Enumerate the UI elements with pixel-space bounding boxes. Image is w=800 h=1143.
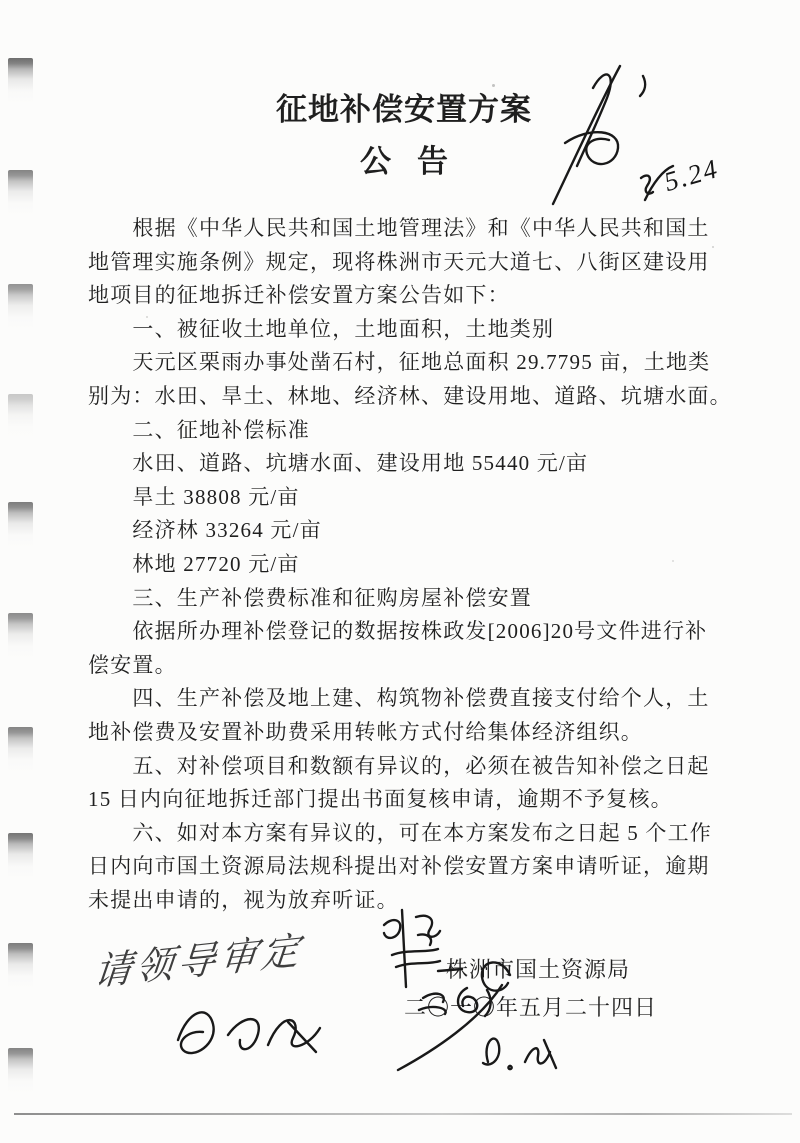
body-line: 一、被征收土地单位，土地面积，土地类别 [88, 313, 736, 347]
body-line: 林地 27720 元/亩 [88, 548, 736, 582]
subtitle-char-gao: 告 [417, 136, 448, 181]
paper-edge-scan-line [14, 1113, 792, 1115]
binder-hole-mark [8, 58, 33, 104]
binder-hole-mark [8, 1048, 33, 1094]
binder-hole-mark [8, 502, 33, 548]
body-line: 四、生产补偿及地上建、构筑物补偿费直接支付给个人，土 [88, 682, 736, 716]
handwritten-approval-note: 请领导审定 [92, 919, 307, 997]
binder-hole-mark [8, 943, 33, 989]
body-line: 根据《中华人民共和国土地管理法》和《中华人民共和国土 [88, 212, 736, 246]
handwritten-overwrite-on-date [415, 980, 505, 1025]
binder-hole-mark [8, 613, 33, 659]
body-line: 地项目的征地拆迁补偿安置方案公告如下： [88, 279, 736, 313]
body-line: 地管理实施条例》规定，现将株洲市天元大道七、八街区建设用 [88, 246, 736, 280]
body-line: 天元区栗雨办事处凿石村，征地总面积 29.7795 亩，土地类 [88, 346, 736, 380]
body-line: 六、如对本方案有异议的，可在本方案发布之日起 5 个工作 [88, 817, 736, 851]
document-body: 根据《中华人民共和国土地管理法》和《中华人民共和国土 地管理实施条例》规定，现将… [88, 212, 736, 917]
body-line: 旱土 38808 元/亩 [88, 481, 736, 515]
handwritten-signer-signature [168, 990, 338, 1068]
body-line: 经济林 33264 元/亩 [88, 514, 736, 548]
body-line: 15 日内向征地拆迁部门提出书面复核申请，逾期不予复核。 [88, 783, 736, 817]
body-line: 二、征地补偿标准 [88, 414, 736, 448]
body-line: 三、生产补偿费标准和征购房屋补偿安置 [88, 582, 736, 616]
body-line: 日内向市国土资源局法规科提出对补偿安置方案申请听证，逾期 [88, 850, 736, 884]
binder-hole-mark [8, 394, 33, 440]
subtitle-char-gong: 公 [360, 136, 391, 181]
body-line: 偿安置。 [88, 649, 736, 683]
body-line: 五、对补偿项目和数额有异议的，必须在被告知补偿之日起 [88, 750, 736, 784]
scanned-document-page: 征地补偿安置方案 公 告 根据《中华人民共和国土地管理法》和《中华人民共和国土 … [0, 0, 800, 1143]
binder-hole-mark [8, 170, 33, 216]
body-line: 依据所办理补偿登记的数据按株政发[2006]20号文件进行补 [88, 615, 736, 649]
handwritten-date-scrawl-bottom [470, 1022, 560, 1077]
body-line: 水田、道路、坑塘水面、建设用地 55440 元/亩 [88, 447, 736, 481]
body-line: 地补偿费及安置补助费采用转帐方式付给集体经济组织。 [88, 716, 736, 750]
binder-hole-mark [8, 284, 33, 330]
apostrophe-mark [640, 76, 645, 96]
binder-hole-mark [8, 833, 33, 879]
binder-hole-mark [8, 727, 33, 773]
handwritten-signature-top-right [545, 58, 745, 208]
body-line: 别为：水田、旱土、林地、经济林、建设用地、道路、坑塘水面。 [88, 380, 736, 414]
